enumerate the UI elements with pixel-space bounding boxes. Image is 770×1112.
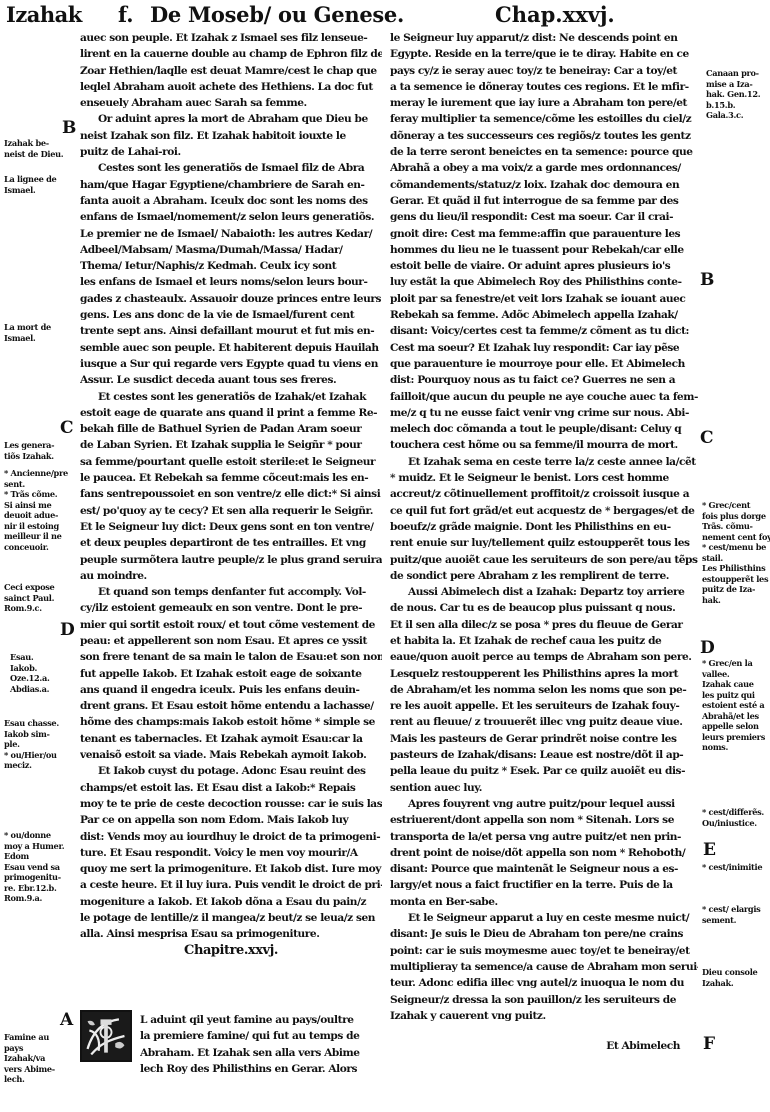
text-line: Abraham. Et Izahak sen alla vers Abime — [140, 1045, 384, 1061]
margin-note-line: vers Abime- — [4, 1064, 55, 1075]
text-line: * muidz. Et le Seigneur le benist. Lors … — [390, 470, 698, 486]
margin-note-line: * cest/differẽs. — [702, 807, 764, 818]
margin-note: * Grec/en lavallee.Izahak caueles puitz … — [702, 658, 765, 753]
text-line: gens du lieu/il respondit: Cest ma soeur… — [390, 209, 698, 225]
margin-note-line: Ismael. — [4, 185, 56, 196]
text-line: Et quand son temps denfanter fut accompl… — [80, 584, 382, 600]
running-header: Izahak f. De Moseb/ ou Genese. Chap.xxvj… — [0, 2, 770, 28]
margin-note: Ceci exposesainct Paul.Rom.9.c. — [4, 582, 54, 614]
margin-note-line: Ceci expose — [4, 582, 54, 593]
margin-note-line: primogenitu- — [4, 872, 64, 883]
text-line: gades z chasteaulx. Assauoir douze princ… — [80, 291, 382, 307]
text-line: Apres fouyrent vng autre puitz/pour lequ… — [390, 796, 698, 812]
text-line: dõneray a tes successeurs ces regiõs/z t… — [390, 128, 698, 144]
text-line: ploit par sa fenestre/et veit lors Izaha… — [390, 291, 698, 307]
section-letter: D — [700, 638, 715, 658]
left-text-column: auec son peuple. Et Izahak z Ismael ses … — [80, 30, 382, 959]
text-line: Et le Seigneur apparut a luy en ceste me… — [390, 910, 698, 926]
text-line: la premiere famine/ qui fut au temps de — [140, 1028, 384, 1044]
text-line: gnoit dire: Cest ma femme:affin que para… — [390, 226, 698, 242]
text-line: touchera cest hõme ou sa femme/il mourra… — [390, 437, 698, 453]
text-line: pays cy/z ie seray auec toy/z te beneira… — [390, 63, 698, 79]
text-line: leqlel Abraham auoit achete des Hethiens… — [80, 79, 382, 95]
text-line: dist: Pourquoy nous as tu faict ce? Guer… — [390, 372, 698, 388]
text-line: disant: Je suis le Dieu de Abraham ton p… — [390, 926, 698, 942]
margin-note-line: * cest/inimitie — [702, 862, 762, 873]
margin-note-line: * Grec/en la — [702, 658, 765, 669]
margin-note: La mort deIsmael. — [4, 322, 51, 343]
margin-note-line: deuoit adue- — [4, 510, 68, 521]
margin-note: * cest/differẽs.Ou/iniustice. — [702, 807, 764, 828]
text-line: trente sept ans. Ainsi defaillant mourut… — [80, 323, 382, 339]
text-line: estoit eage de quarate ans quand il prin… — [80, 405, 382, 421]
text-line: ture. Et Esau respondit. Voicy le men vo… — [80, 845, 382, 861]
text-line: ham/que Hagar Egyptiene/chambriere de Sa… — [80, 177, 382, 193]
text-line: a ta semence ie dõneray toutes ces regio… — [390, 79, 698, 95]
text-line: de nous. Car tu es de beaucop plus puiss… — [390, 600, 698, 616]
floral-initial-icon — [82, 1012, 130, 1060]
margin-note-line: pays — [4, 1043, 55, 1054]
margin-note-line: hak. — [702, 595, 770, 606]
text-line: monta en Ber-sabe. — [390, 894, 698, 910]
section-letter: B — [62, 118, 76, 138]
decorated-initial — [80, 1010, 132, 1062]
text-line: accreut/z cõtinuellement proffitoit/z cr… — [390, 486, 698, 502]
text-line: de Laban Syrien. Et Izahak supplia le Se… — [80, 437, 382, 453]
section-letter: F — [703, 1034, 715, 1054]
margin-note-line: estoient esté a — [702, 700, 765, 711]
text-line: de sondict pere Abraham z les remplirent… — [390, 568, 698, 584]
catchword: Et Abimelech — [390, 1038, 698, 1054]
margin-note-line: Esau chasse. — [4, 718, 59, 729]
text-line: alla. Ainsi mesprisa Esau sa primogenitu… — [80, 926, 382, 942]
margin-note-line: Esau vend sa — [4, 862, 64, 873]
text-line: venaisõ estoit sa viade. Mais Rebekah ay… — [80, 747, 382, 763]
text-line: boeufz/z grãde maignie. Dont les Philist… — [390, 519, 698, 535]
text-line: et habita la. Et Izahak de rechef caua l… — [390, 633, 698, 649]
margin-note-line: stail. — [702, 553, 770, 564]
margin-note-line: meilleur il ne — [4, 531, 68, 542]
text-line: puitz/que auoiẽt caue les seruiteurs de … — [390, 552, 698, 568]
section-letter: A — [60, 1010, 73, 1030]
text-line: enseuely Abraham auec Sarah sa femme. — [80, 95, 382, 111]
margin-note-line: Si ainsi me — [4, 500, 68, 511]
margin-note-line: fois plus dorge — [702, 511, 770, 522]
text-line: Seigneur/z dressa la son pauillon/z les … — [390, 992, 698, 1008]
text-line: teur. Adonc edifia illec vng autel/z inu… — [390, 975, 698, 991]
margin-note-line: Les Philisthins — [702, 563, 770, 574]
text-line: ans quand il engedra iceulx. Puis les en… — [80, 682, 382, 698]
text-line: point: car ie suis moymesme auec toy/et … — [390, 943, 698, 959]
section-letter: B — [700, 270, 714, 290]
margin-note: Izahak be-neist de Dieu. — [4, 138, 63, 159]
margin-note-line: Canaan pro- — [706, 68, 760, 79]
text-line: fut appelle Iakob. Et Izahak estoit eage… — [80, 666, 382, 682]
margin-note-line: Iakob. — [10, 663, 50, 674]
text-line: cõmandements/statuz/z loix. Izahak doc d… — [390, 177, 698, 193]
text-line: iusque a Sur qui regarde vers Egypte qua… — [80, 356, 382, 372]
text-line: peau: et appellerent son nom Esau. Et ap… — [80, 633, 382, 649]
text-line: de la terre seront beneictes en ta semen… — [390, 144, 698, 160]
text-line: hommes du lieu ne le tuassent pour Rebek… — [390, 242, 698, 258]
margin-note-line: Izahak/va — [4, 1053, 55, 1064]
text-line: a ceste heure. Et il luy iura. Puis vend… — [80, 877, 382, 893]
margin-note: La lignee deIsmael. — [4, 174, 56, 195]
margin-note-line: Izahak. — [702, 978, 757, 989]
margin-note-line: Rom.9.c. — [4, 603, 54, 614]
margin-note-line: Famine au — [4, 1032, 55, 1043]
text-line: drent grans. Et Esau estoit hõme entendu… — [80, 698, 382, 714]
text-line: rent au fleuue/ z trouuerẽt illec vng pu… — [390, 714, 698, 730]
text-line: L aduint qil yeut famine au pays/oultre — [140, 1012, 384, 1028]
text-line: le Seigneur luy apparut/z dist: Ne desce… — [390, 30, 698, 46]
margin-note-line: La mort de — [4, 322, 51, 333]
margin-note-line: Abrahã/et les — [702, 711, 765, 722]
text-line: gens. Les ans donc de la vie de Ismael/f… — [80, 307, 382, 323]
margin-note-line: * cest/ elargis — [702, 904, 760, 915]
margin-note-line: Les genera- — [4, 440, 54, 451]
text-line: pasteurs de Izahak/disans: Leaue est nos… — [390, 747, 698, 763]
text-line: Izahak y cauerent vng puitz. — [390, 1008, 698, 1024]
text-line: Et il sen alla dilec/z se posa * pres du… — [390, 617, 698, 633]
text-line: les enfans de Ismael et leurs noms/selon… — [80, 274, 382, 290]
text-line: rent enuie sur luy/tellement quilz estou… — [390, 535, 698, 551]
margin-note: * cest/ elargissement. — [702, 904, 760, 925]
text-line: melech doc cõmanda a tout le peuple/disa… — [390, 421, 698, 437]
text-line: Zoar Hethien/laqlle est deuat Mamre/cest… — [80, 63, 382, 79]
text-line: Adbeel/Mabsam/ Masma/Dumah/Massa/ Hadar/ — [80, 242, 382, 258]
text-line: auec son peuple. Et Izahak z Ismael ses … — [80, 30, 382, 46]
margin-note: Esau chasse.Iakob sim-ple.* ou/Hier/oume… — [4, 718, 59, 771]
margin-note: Les genera-tiõs Izahak. — [4, 440, 54, 461]
text-line: multiplieray ta semence/a cause de Abrah… — [390, 959, 698, 975]
text-line: sa femme/pourtant quelle estoit sterile:… — [80, 454, 382, 470]
text-line: mier qui sortit estoit roux/ et tout cõm… — [80, 617, 382, 633]
text-line: le paucea. Et Rebekah sa femme cõceut:ma… — [80, 470, 382, 486]
text-line: moy te te prie de ceste decoction rousse… — [80, 796, 382, 812]
margin-note-line: Rom.9.a. — [4, 893, 64, 904]
text-line: Thema/ Ietur/Naphis/z Kedmah. Ceulx icy … — [80, 258, 382, 274]
margin-note-line: nir il estoing — [4, 521, 68, 532]
margin-note: * cest/inimitie — [702, 862, 762, 873]
text-line: fans sentrepoussoiet en son ventre/z ell… — [80, 486, 382, 502]
text-line: Le premier ne de Ismael/ Nabaioth: les a… — [80, 226, 382, 242]
text-line: neist Izahak son filz. Et Izahak habitoi… — [80, 128, 382, 144]
text-line: Cestes sont les generatiõs de Ismael fil… — [80, 160, 382, 176]
text-line: estriuerent/dont appella son nom * Siten… — [390, 812, 698, 828]
text-line: hõme des champs:mais Iakob estoit hõme *… — [80, 714, 382, 730]
text-line: re les auoit appelle. Et les seruiteurs … — [390, 698, 698, 714]
margin-note-line: sent. — [4, 479, 68, 490]
margin-note-line: moy a Humer. — [4, 841, 64, 852]
margin-note-line: Iakob sim- — [4, 729, 59, 740]
text-line: Et Iakob cuyst du potage. Adonc Esau reu… — [80, 763, 382, 779]
margin-note-line: puitz de Iza- — [702, 584, 770, 595]
margin-note: * ou/donnemoy a Humer.EdomEsau vend sapr… — [4, 830, 64, 904]
text-line: Abrahã a obey a ma voix/z a garde mes or… — [390, 160, 698, 176]
text-line: dist: Vends moy au iourdhuy le droict de… — [80, 829, 382, 845]
bible-page: Izahak f. De Moseb/ ou Genese. Chap.xxvj… — [0, 0, 770, 1112]
text-line: eaue/quon auoit perce au temps de Abraha… — [390, 649, 698, 665]
text-line: puitz de Lahai-roi. — [80, 144, 382, 160]
margin-note-line: La lignee de — [4, 174, 56, 185]
text-line: Par ce on appella son nom Edom. Mais Iak… — [80, 812, 382, 828]
margin-note-line: estoupperẽt les — [702, 574, 770, 585]
text-line: quoy me sert la primogeniture. Et Iakob … — [80, 861, 382, 877]
section-letter: C — [700, 428, 714, 448]
margin-note-line: tiõs Izahak. — [4, 451, 54, 462]
text-line: enfans de Ismael/nomement/z selon leurs … — [80, 209, 382, 225]
text-line: Mais les pasteurs de Gerar prindrẽt nois… — [390, 731, 698, 747]
margin-note-line: re. Ebr.12.b. — [4, 883, 64, 894]
margin-note-line: * ou/Hier/ou — [4, 750, 59, 761]
text-line: tenant es tabernacles. Et Izahak aymoit … — [80, 731, 382, 747]
margin-note-line: vallee. — [702, 669, 765, 680]
margin-note: * Ancienne/present.* Trãs cõme.Si ainsi … — [4, 468, 68, 552]
margin-note-line: Ou/iniustice. — [702, 818, 764, 829]
text-line: semble auec son peuple. Et habiterent de… — [80, 340, 382, 356]
margin-note: Esau.Iakob.Oze.12.a.Abdias.a. — [10, 652, 50, 694]
margin-note-line: Izahak be- — [4, 138, 63, 149]
margin-note-line: noms. — [702, 742, 765, 753]
margin-note-line: Abdias.a. — [10, 684, 50, 695]
text-line: feray multiplier ta semence/cõme les est… — [390, 111, 698, 127]
text-line: Gerar. Et quãd il fut interrogue de sa f… — [390, 193, 698, 209]
text-line: mogeniture a Iakob. Et Iakob dõna a Esau… — [80, 894, 382, 910]
margin-note-line: ple. — [4, 739, 59, 750]
right-text-column: le Seigneur luy apparut/z dist: Ne desce… — [390, 30, 698, 1054]
margin-note-line: Esau. — [10, 652, 50, 663]
text-line: Lesquelz restoupperent les Philisthins a… — [390, 666, 698, 682]
margin-note-line: Oze.12.a. — [10, 673, 50, 684]
section-letter: E — [703, 840, 716, 860]
margin-note-line: Gala.3.c. — [706, 110, 760, 121]
text-line: Aussi Abimelech dist a Izahak: Departz t… — [390, 584, 698, 600]
running-title: Izahak — [6, 2, 82, 27]
margin-note-line: Edom — [4, 851, 64, 862]
text-line: Assur. Le susdict deceda auant tous ses … — [80, 372, 382, 388]
margin-note-line: neist de Dieu. — [4, 149, 63, 160]
margin-note: Canaan pro-mise a Iza-hak. Gen.12.b.15.b… — [706, 68, 760, 121]
margin-note-line: * Ancienne/pre — [4, 468, 68, 479]
margin-note-line: sement. — [702, 915, 760, 926]
text-line: au moindre. — [80, 568, 382, 584]
book-title: De Moseb/ ou Genese. — [150, 2, 404, 27]
text-line: peuple surmõtera lautre peuple/z le plus… — [80, 552, 382, 568]
section-letter: D — [60, 620, 75, 640]
margin-note-line: Izahak caue — [702, 679, 765, 690]
text-line: lirent en la cauerne double au champ de … — [80, 46, 382, 62]
text-line: le potage de lentille/z il mangea/z beut… — [80, 910, 382, 926]
text-line: Or aduint apres la mort de Abraham que D… — [80, 111, 382, 127]
margin-note-line: meciz. — [4, 760, 59, 771]
text-line: disant: Voicy/certes cest ta femme/z cõm… — [390, 323, 698, 339]
margin-note: Dieu consoleIzahak. — [702, 967, 757, 988]
margin-note-line: * Trãs cõme. — [4, 489, 68, 500]
margin-note-line: leurs premiers — [702, 732, 765, 743]
margin-note-line: lech. — [4, 1074, 55, 1085]
margin-note-line: les puitz qui — [702, 690, 765, 701]
text-line: champs/et estoit las. Et Esau dist a Iak… — [80, 780, 382, 796]
section-letter: C — [60, 418, 74, 438]
margin-note-line: b.15.b. — [706, 100, 760, 111]
text-line: luy estãt la que Abimelech Roy des Phili… — [390, 274, 698, 290]
text-line: meray le iurement que iay iure a Abraham… — [390, 95, 698, 111]
margin-note-line: nement cent foys. — [702, 532, 770, 543]
folio-marker: f. — [118, 2, 134, 27]
text-line: disant: Pource que maintenãt le Seigneur… — [390, 861, 698, 877]
margin-note-line: appelle selon — [702, 721, 765, 732]
text-line: que parauenture ie mourroye pour elle. E… — [390, 356, 698, 372]
text-line: bekah fille de Bathuel Syrien de Padan A… — [80, 421, 382, 437]
margin-note-line: hak. Gen.12. — [706, 89, 760, 100]
text-line: de Abraham/et les nomma selon les noms q… — [390, 682, 698, 698]
chapter-heading: Chap.xxvj. — [495, 2, 615, 27]
margin-note-line: mise a Iza- — [706, 79, 760, 90]
margin-note-line: conceuoir. — [4, 542, 68, 553]
text-line: Egypte. Reside en la terre/que ie te dir… — [390, 46, 698, 62]
text-line: largy/et nous a faict fructifier en la t… — [390, 877, 698, 893]
margin-note: Famine aupaysIzahak/vavers Abime-lech. — [4, 1032, 55, 1085]
text-line: Et cestes sont les generatiõs de Izahak/… — [80, 389, 382, 405]
margin-note-line: sainct Paul. — [4, 593, 54, 604]
text-line: me/z q tu ne eusse faict venir vng crime… — [390, 405, 698, 421]
margin-note-line: Trãs. cõmu- — [702, 521, 770, 532]
text-line: sention auec luy. — [390, 780, 698, 796]
text-line: ce quil fut fort grãd/et eut acquestz de… — [390, 503, 698, 519]
text-line: Et le Seigneur luy dict: Deux gens sont … — [80, 519, 382, 535]
text-line: et deux peuples departiront de tes entra… — [80, 535, 382, 551]
text-line: transporta de la/et persa vng autre puit… — [390, 829, 698, 845]
margin-note-line: Dieu console — [702, 967, 757, 978]
text-line: cy/ilz estoient gemeaulx en son ventre. … — [80, 600, 382, 616]
text-line: lech Roy des Philisthins en Gerar. Alors — [140, 1061, 384, 1077]
text-line: Rebekah sa femme. Adõc Abimelech appella… — [390, 307, 698, 323]
margin-note: * Grec/centfois plus dorgeTrãs. cõmu-nem… — [702, 500, 770, 605]
text-line: est/ po'quoy ay te cecy? Et sen alla req… — [80, 503, 382, 519]
text-line: failloit/que aucun du peuple ne aye couc… — [390, 389, 698, 405]
chapter-title: Chapitre.xxvj. — [80, 943, 382, 959]
text-line: son frere tenant de sa main le talon de … — [80, 649, 382, 665]
text-line: Et Izahak sema en ceste terre la/z ceste… — [390, 454, 698, 470]
margin-note-line: * cest/menu be — [702, 542, 770, 553]
text-line: estoit belle de viaire. Or aduint apres … — [390, 258, 698, 274]
margin-note-line: * ou/donne — [4, 830, 64, 841]
text-line: fanta auoit a Abraham. Iceulx doc sont l… — [80, 193, 382, 209]
text-line: Cest ma soeur? Et Izahak luy respondit: … — [390, 340, 698, 356]
text-line: pella leaue du puitz * Esek. Par ce quil… — [390, 763, 698, 779]
margin-note-line: Ismael. — [4, 333, 51, 344]
margin-note-line: * Grec/cent — [702, 500, 770, 511]
text-line: drent point de noise/dõt appella son nom… — [390, 845, 698, 861]
drop-initial-text: L aduint qil yeut famine au pays/oultrel… — [140, 1012, 384, 1077]
